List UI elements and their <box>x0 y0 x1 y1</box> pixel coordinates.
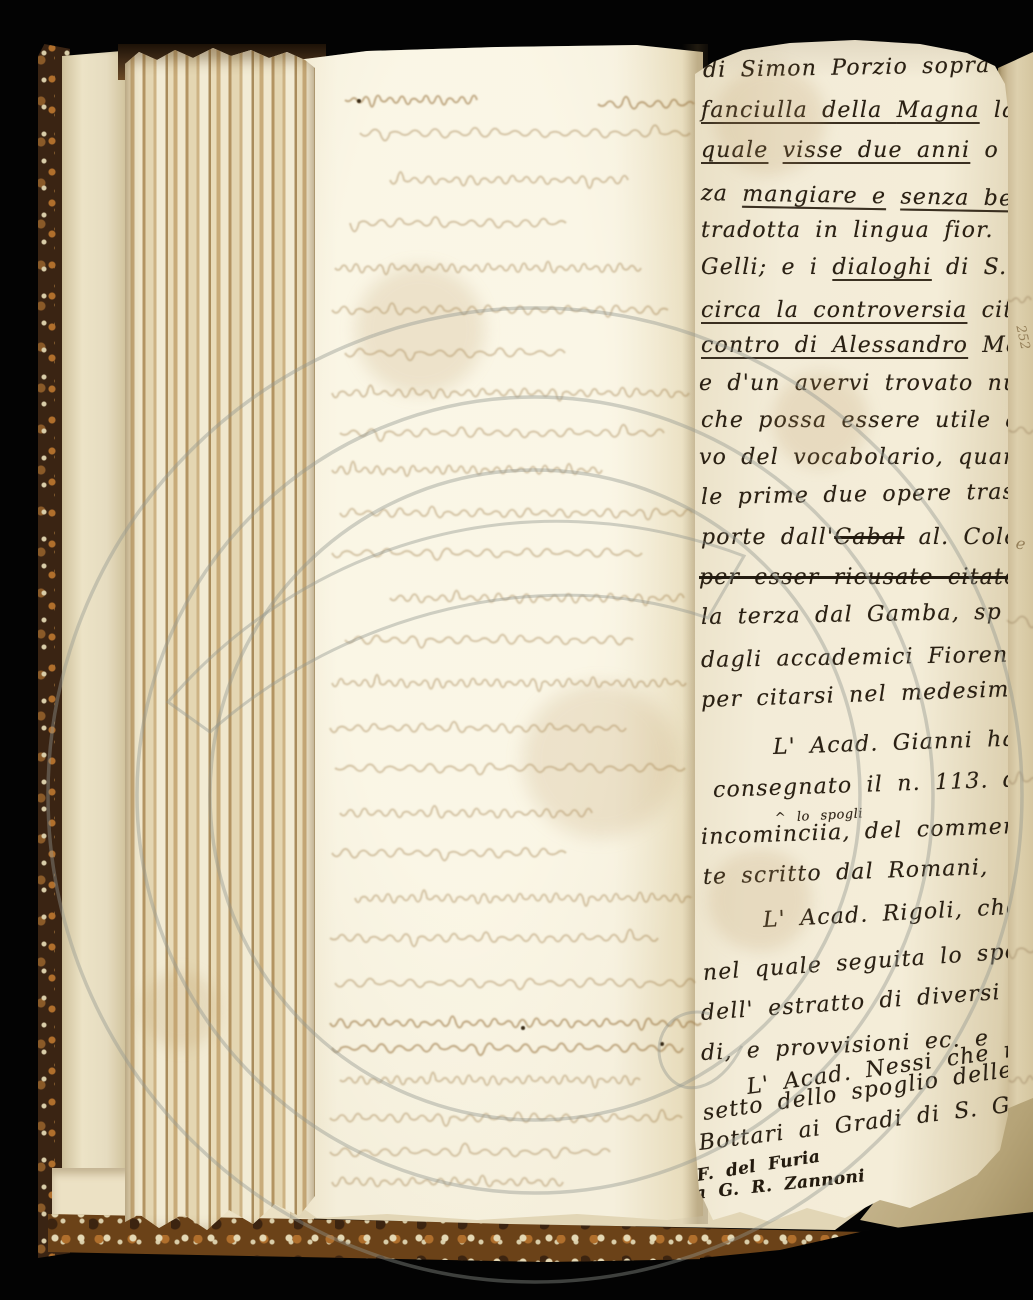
circular-watermark <box>0 0 1033 1300</box>
manuscript-photo: di Simon Porzio sopra quellafanciulla de… <box>0 0 1033 1300</box>
